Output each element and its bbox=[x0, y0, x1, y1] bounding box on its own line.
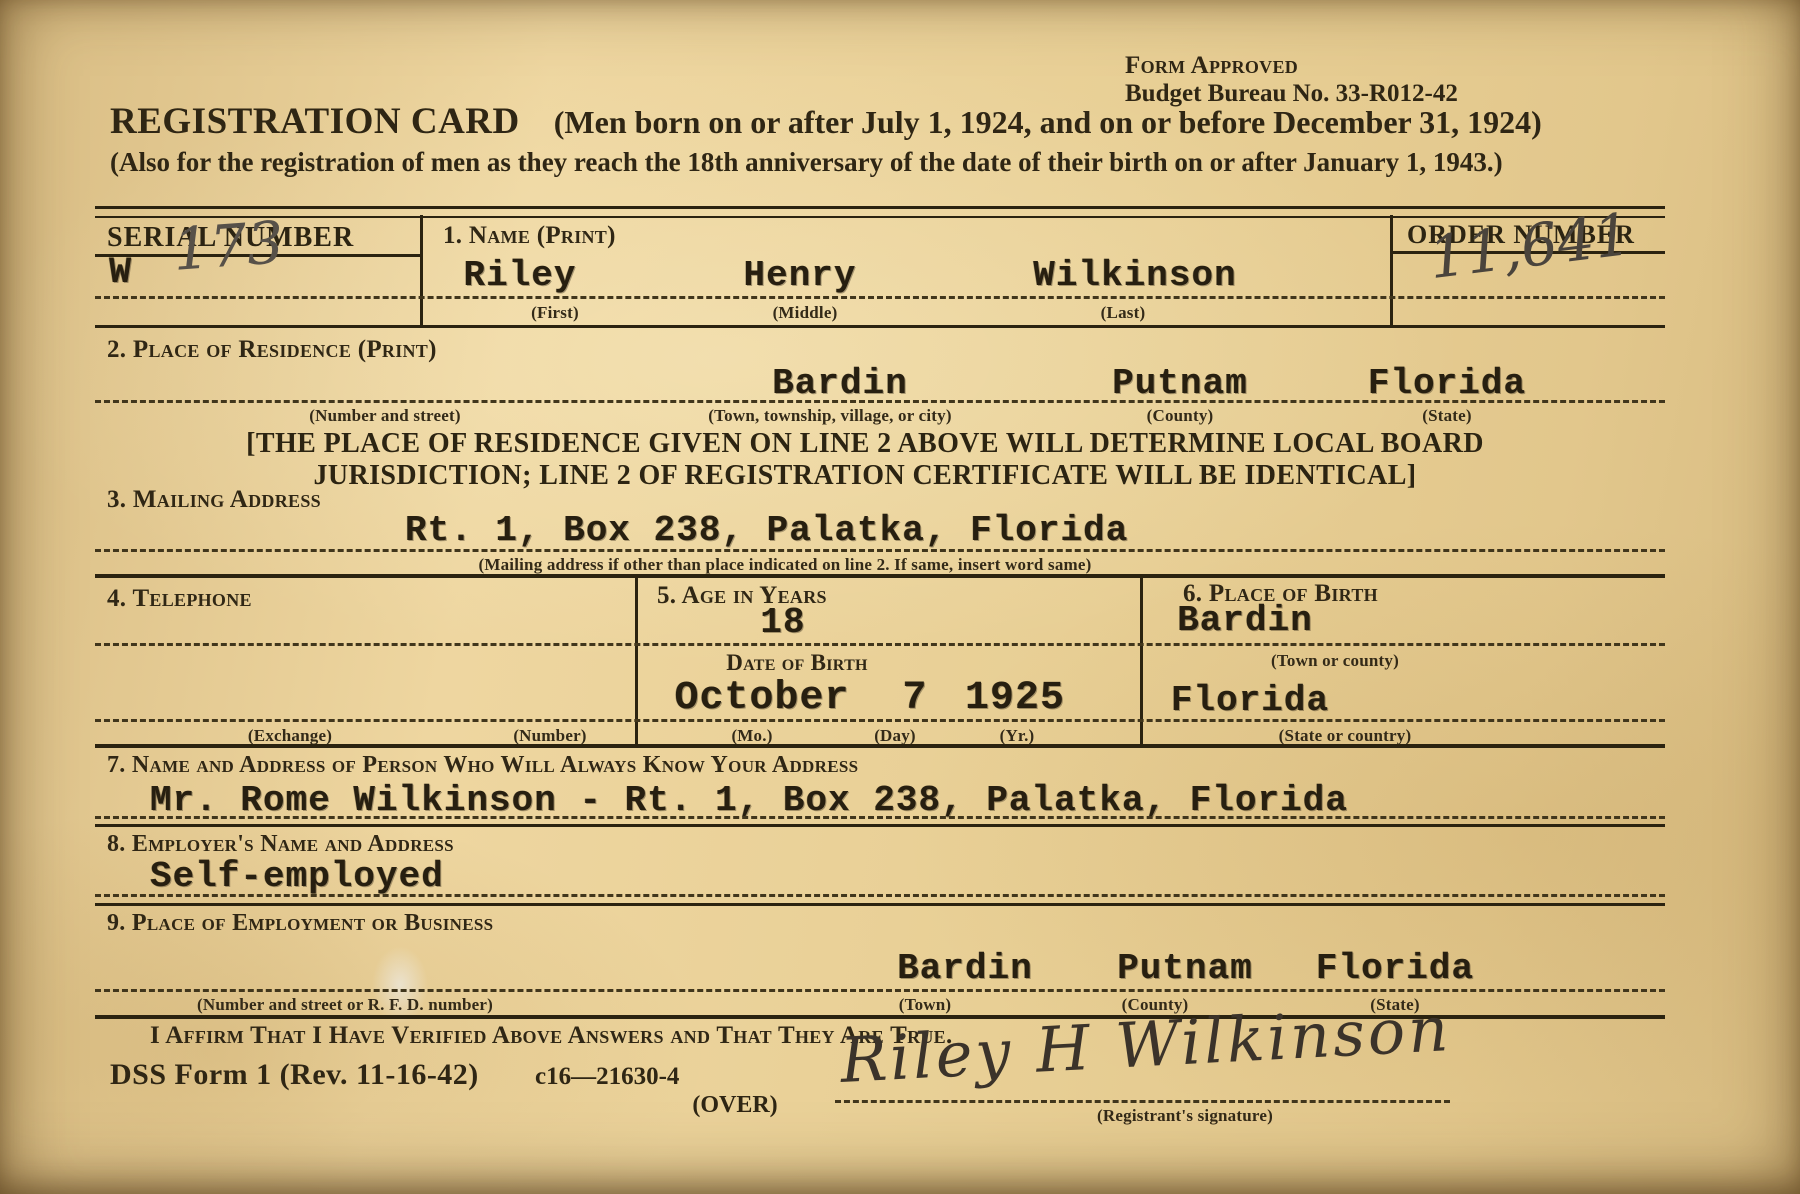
employer-label: 8. Employer's Name and Address bbox=[107, 831, 454, 858]
employment-town-value: Bardin bbox=[897, 948, 1033, 989]
residence-state-sublabel: (State) bbox=[1422, 406, 1472, 426]
jurisdiction-notice: [THE PLACE OF RESIDENCE GIVEN ON LINE 2 … bbox=[155, 430, 1575, 490]
dob-day-sublabel: (Day) bbox=[874, 726, 916, 746]
title-note: (Men born on or after July 1, 1924, and … bbox=[554, 104, 1542, 140]
residence-county-value: Putnam bbox=[1112, 363, 1248, 404]
signature-line bbox=[835, 1100, 1450, 1103]
serial-prefix: W bbox=[109, 252, 132, 294]
signature-sublabel: (Registrant's signature) bbox=[1097, 1106, 1273, 1126]
row1-bottom-rule bbox=[95, 325, 1665, 328]
section-rule-2 bbox=[95, 744, 1665, 748]
birth-state-value: Florida bbox=[1171, 680, 1329, 721]
row1-entry-line bbox=[95, 296, 1665, 299]
contact-label: 7. Name and Address of Person Who Will A… bbox=[107, 752, 858, 779]
name-first-sublabel: (First) bbox=[531, 303, 579, 323]
title-row: REGISTRATION CARD (Men born on or after … bbox=[110, 100, 1542, 143]
dob-month-sublabel: (Mo.) bbox=[731, 726, 772, 746]
name-middle-value: Henry bbox=[743, 255, 856, 296]
employment-entry-line bbox=[95, 989, 1665, 992]
dob-month-value: October bbox=[674, 676, 849, 721]
form-id: DSS Form 1 (Rev. 11-16-42) bbox=[110, 1058, 479, 1092]
employer-bottom-rule bbox=[95, 903, 1665, 906]
birth-town-value: Bardin bbox=[1177, 600, 1313, 641]
contact-value: Mr. Rome Wilkinson - Rt. 1, Box 238, Pal… bbox=[150, 780, 1348, 821]
subtitle: (Also for the registration of men as the… bbox=[110, 147, 1503, 178]
telephone-label: 4. Telephone bbox=[107, 585, 252, 613]
dob-year-sublabel: (Yr.) bbox=[1000, 726, 1035, 746]
jurisdiction-notice-line2: JURISDICTION; LINE 2 OF REGISTRATION CER… bbox=[155, 462, 1575, 490]
employment-state-value: Florida bbox=[1316, 948, 1474, 989]
section-rule-1 bbox=[95, 574, 1665, 578]
midgrid-entry-line-1 bbox=[95, 643, 1665, 646]
midgrid-entry-line-2 bbox=[95, 719, 1665, 722]
birth-town-sublabel: (Town or county) bbox=[1271, 651, 1399, 671]
residence-entry-line bbox=[95, 400, 1665, 403]
page-title: REGISTRATION CARD bbox=[110, 101, 520, 142]
telephone-number-sublabel: (Number) bbox=[513, 726, 586, 746]
dob-day-value: 7 bbox=[902, 676, 927, 721]
name-last-value: Wilkinson bbox=[1033, 255, 1236, 296]
divider-serial-name bbox=[420, 215, 423, 325]
employer-entry-line bbox=[95, 894, 1665, 897]
employer-value: Self-employed bbox=[150, 856, 444, 897]
contact-bottom-rule bbox=[95, 824, 1665, 827]
birth-state-sublabel: (State or country) bbox=[1279, 726, 1412, 746]
mailing-sublabel: (Mailing address if other than place ind… bbox=[478, 555, 1091, 575]
name-last-sublabel: (Last) bbox=[1101, 303, 1146, 323]
residence-street-sublabel: (Number and street) bbox=[309, 406, 460, 426]
mailing-value: Rt. 1, Box 238, Palatka, Florida bbox=[405, 510, 1128, 551]
name-middle-sublabel: (Middle) bbox=[773, 303, 838, 323]
telephone-exchange-sublabel: (Exchange) bbox=[248, 726, 332, 746]
registration-card-scan: Form Approved Budget Bureau No. 33-R012-… bbox=[0, 0, 1800, 1194]
over-note: (OVER) bbox=[692, 1092, 777, 1119]
age-value: 18 bbox=[760, 602, 805, 643]
divider-name-order bbox=[1390, 215, 1393, 325]
serial-number-value: 173 bbox=[171, 208, 286, 284]
dob-year-value: 1925 bbox=[965, 676, 1065, 721]
double-rule bbox=[95, 206, 1665, 218]
residence-town-sublabel: (Town, township, village, or city) bbox=[708, 406, 951, 426]
mailing-label: 3. Mailing Address bbox=[107, 486, 321, 514]
name-field-label: 1. Name (Print) bbox=[443, 222, 616, 250]
jurisdiction-notice-line1: [THE PLACE OF RESIDENCE GIVEN ON LINE 2 … bbox=[155, 430, 1575, 458]
contact-entry-line bbox=[95, 816, 1665, 819]
name-first-value: Riley bbox=[463, 255, 576, 296]
form-approved-line: Form Approved bbox=[1125, 52, 1458, 80]
residence-label: 2. Place of Residence (Print) bbox=[107, 336, 437, 364]
employment-county-value: Putnam bbox=[1117, 948, 1253, 989]
mailing-entry-line bbox=[95, 549, 1665, 552]
residence-county-sublabel: (County) bbox=[1147, 406, 1214, 426]
dob-label: Date of Birth bbox=[726, 650, 868, 676]
employment-label: 9. Place of Employment or Business bbox=[107, 910, 493, 937]
employment-town-sublabel: (Town) bbox=[899, 995, 952, 1015]
card-content: Form Approved Budget Bureau No. 33-R012-… bbox=[95, 0, 1665, 1194]
affirmation-text: I Affirm That I Have Verified Above Answ… bbox=[150, 1022, 953, 1050]
employment-street-sublabel: (Number and street or R. F. D. number) bbox=[197, 995, 493, 1015]
print-code: c16—21630-4 bbox=[535, 1063, 679, 1091]
residence-state-value: Florida bbox=[1368, 363, 1526, 404]
residence-town-value: Bardin bbox=[772, 363, 908, 404]
